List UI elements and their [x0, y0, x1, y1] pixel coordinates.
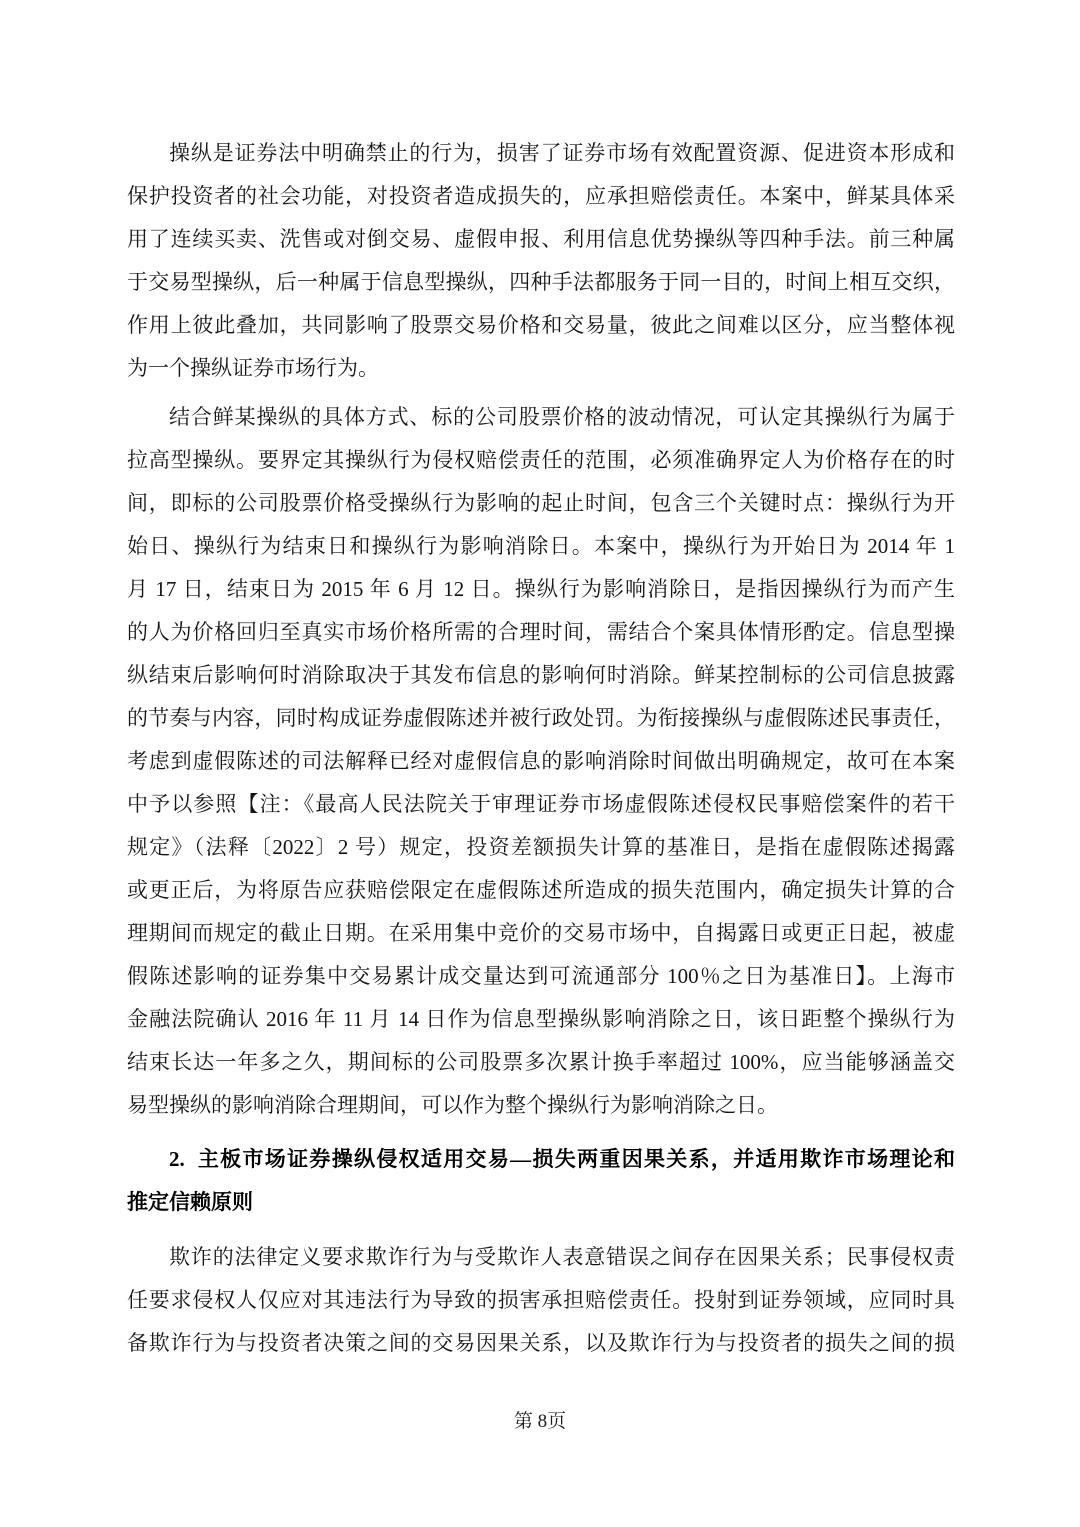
text-line: 保护投资者的社会功能，对投资者造成损失的，应承担赔偿责任。本案中，鲜某具体采 — [127, 175, 955, 218]
text-line: 考虑到虚假陈述的司法解释已经对虚假信息的影响消除时间做出明确规定，故可在本案 — [127, 740, 955, 783]
text-line: 欺诈的法律定义要求欺诈行为与受欺诈人表意错误之间存在因果关系；民事侵权责 — [127, 1236, 955, 1279]
text-line: 任要求侵权人仅应对其违法行为导致的损害承担赔偿责任。投射到证券领域，应同时具 — [127, 1279, 955, 1322]
text-line: 用了连续买卖、洗售或对倒交易、虚假申报、利用信息优势操纵等四种手法。前三种属 — [127, 218, 955, 261]
text-line: 推定信赖原则 — [127, 1181, 955, 1224]
text-line: 的人为价格回归至真实市场价格所需的合理时间，需结合个案具体情形酌定。信息型操 — [127, 611, 955, 654]
text-line: 金融法院确认 2016 年 11 月 14 日作为信息型操纵影响消除之日，该日距… — [127, 998, 955, 1041]
document-page: 操纵是证券法中明确禁止的行为，损害了证券市场有效配置资源、促进资本形成和保护投资… — [0, 0, 1080, 1527]
page-footer: 第 8页 — [0, 1408, 1080, 1436]
text-line: 间，即标的公司股票价格受操纵行为影响的起止时间，包含三个关键时点：操纵行为开 — [127, 482, 955, 525]
page-number-label: 第 8页 — [514, 1411, 566, 1432]
text-line: 拉高型操纵。要界定其操纵行为侵权赔偿责任的范围，必须准确界定人为价格存在的时 — [127, 439, 955, 482]
paragraph: 操纵是证券法中明确禁止的行为，损害了证券市场有效配置资源、促进资本形成和保护投资… — [127, 132, 955, 390]
text-line: 操纵是证券法中明确禁止的行为，损害了证券市场有效配置资源、促进资本形成和 — [127, 132, 955, 175]
section-heading: 2. 主板市场证券操纵侵权适用交易—损失两重因果关系，并适用欺诈市场理论和推定信… — [127, 1138, 955, 1224]
text-line: 假陈述影响的证券集中交易累计成交量达到可流通部分 100％之日为基准日】。上海市 — [127, 955, 955, 998]
text-line: 的节奏与内容，同时构成证券虚假陈述并被行政处罚。为衔接操纵与虚假陈述民事责任， — [127, 697, 955, 740]
text-line: 易型操纵的影响消除合理期间，可以作为整个操纵行为影响消除之日。 — [127, 1084, 955, 1127]
text-line: 2. 主板市场证券操纵侵权适用交易—损失两重因果关系，并适用欺诈市场理论和 — [127, 1138, 955, 1181]
text-line: 始日、操纵行为结束日和操纵行为影响消除日。本案中，操纵行为开始日为 2014 年… — [127, 525, 955, 568]
text-line: 理期间而规定的截止日期。在采用集中竞价的交易市场中，自揭露日或更正日起，被虚 — [127, 912, 955, 955]
paragraph: 欺诈的法律定义要求欺诈行为与受欺诈人表意错误之间存在因果关系；民事侵权责任要求侵… — [127, 1236, 955, 1365]
text-line: 结合鲜某操纵的具体方式、标的公司股票价格的波动情况，可认定其操纵行为属于 — [127, 396, 955, 439]
text-line: 作用上彼此叠加，共同影响了股票交易价格和交易量，彼此之间难以区分，应当整体视 — [127, 304, 955, 347]
text-line: 结束长达一年多之久，期间标的公司股票多次累计换手率超过 100%，应当能够涵盖交 — [127, 1041, 955, 1084]
document-body: 操纵是证券法中明确禁止的行为，损害了证券市场有效配置资源、促进资本形成和保护投资… — [127, 132, 955, 1371]
text-line: 或更正后，为将原告应获赔偿限定在虚假陈述所造成的损失范围内，确定损失计算的合 — [127, 869, 955, 912]
text-line: 于交易型操纵，后一种属于信息型操纵，四种手法都服务于同一目的，时间上相互交织， — [127, 261, 955, 304]
text-line: 月 17 日，结束日为 2015 年 6 月 12 日。操纵行为影响消除日，是指… — [127, 568, 955, 611]
text-line: 中予以参照【注：《最高人民法院关于审理证券市场虚假陈述侵权民事赔偿案件的若干 — [127, 783, 955, 826]
paragraph: 结合鲜某操纵的具体方式、标的公司股票价格的波动情况，可认定其操纵行为属于拉高型操… — [127, 396, 955, 1127]
text-line: 备欺诈行为与投资者决策之间的交易因果关系，以及欺诈行为与投资者的损失之间的损 — [127, 1322, 955, 1365]
text-line: 规定》（法释〔2022〕2 号）规定，投资差额损失计算的基准日，是指在虚假陈述揭… — [127, 826, 955, 869]
text-line: 为一个操纵证券市场行为。 — [127, 347, 955, 390]
text-line: 纵结束后影响何时消除取决于其发布信息的影响何时消除。鲜某控制标的公司信息披露 — [127, 654, 955, 697]
